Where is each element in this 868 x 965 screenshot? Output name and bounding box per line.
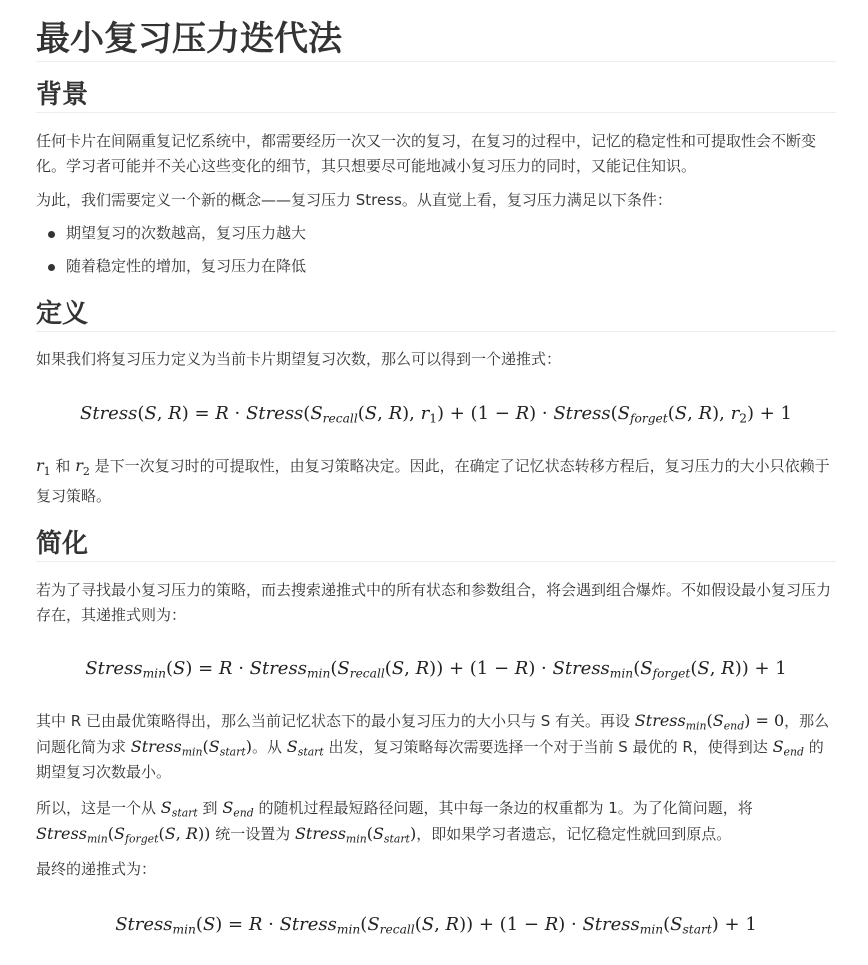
paragraph-simplification-1: 若为了寻找最小复习压力的策略，而去搜索递推式中的所有状态和参数组合，将会遇到组合… xyxy=(36,578,836,628)
formula-stress-min-final: Stressmin(S) = R · Stressmin(Srecall(S, … xyxy=(36,912,836,938)
formula-stress-min: Stressmin(S) = R · Stressmin(Srecall(S, … xyxy=(36,656,836,682)
section-heading-definition: 定义 xyxy=(36,297,836,332)
paragraph-simplification-2: 其中 R 已由最优策略得出，那么当前记忆状态下的最小复习压力的大小只与 S 有关… xyxy=(36,708,836,785)
page-title: 最小复习压力迭代法 xyxy=(36,0,836,62)
list-item: 期望复习的次数越高，复习压力越大 xyxy=(66,221,836,246)
formula-stress-recursive: Stress(S, R) = R · Stress(Srecall(S, R),… xyxy=(36,401,836,427)
section-heading-background: 背景 xyxy=(36,78,836,113)
paragraph-background-1: 任何卡片在间隔重复记忆系统中，都需要经历一次又一次的复习，在复习的过程中，记忆的… xyxy=(36,129,836,179)
paragraph-background-2: 为此，我们需要定义一个新的概念——复习压力 Stress。从直觉上看，复习压力满… xyxy=(36,188,836,213)
list-item: 随着稳定性的增加，复习压力在降低 xyxy=(66,254,836,279)
paragraph-definition-1: 如果我们将复习压力定义为当前卡片期望复习次数，那么可以得到一个递推式： xyxy=(36,347,836,372)
document: 最小复习压力迭代法 背景 任何卡片在间隔重复记忆系统中，都需要经历一次又一次的复… xyxy=(0,0,868,938)
paragraph-simplification-3: 所以，这是一个从 Sstart 到 Send 的随机过程最短路径问题，其中每一条… xyxy=(36,795,836,847)
conditions-list: 期望复习的次数越高，复习压力越大 随着稳定性的增加，复习压力在降低 xyxy=(36,221,836,279)
paragraph-simplification-4: 最终的递推式为： xyxy=(36,857,836,882)
section-heading-simplification: 简化 xyxy=(36,527,836,562)
paragraph-definition-2: r1 和 r2 是下一次复习时的可提取性，由复习策略决定。因此，在确定了记忆状态… xyxy=(36,453,836,509)
